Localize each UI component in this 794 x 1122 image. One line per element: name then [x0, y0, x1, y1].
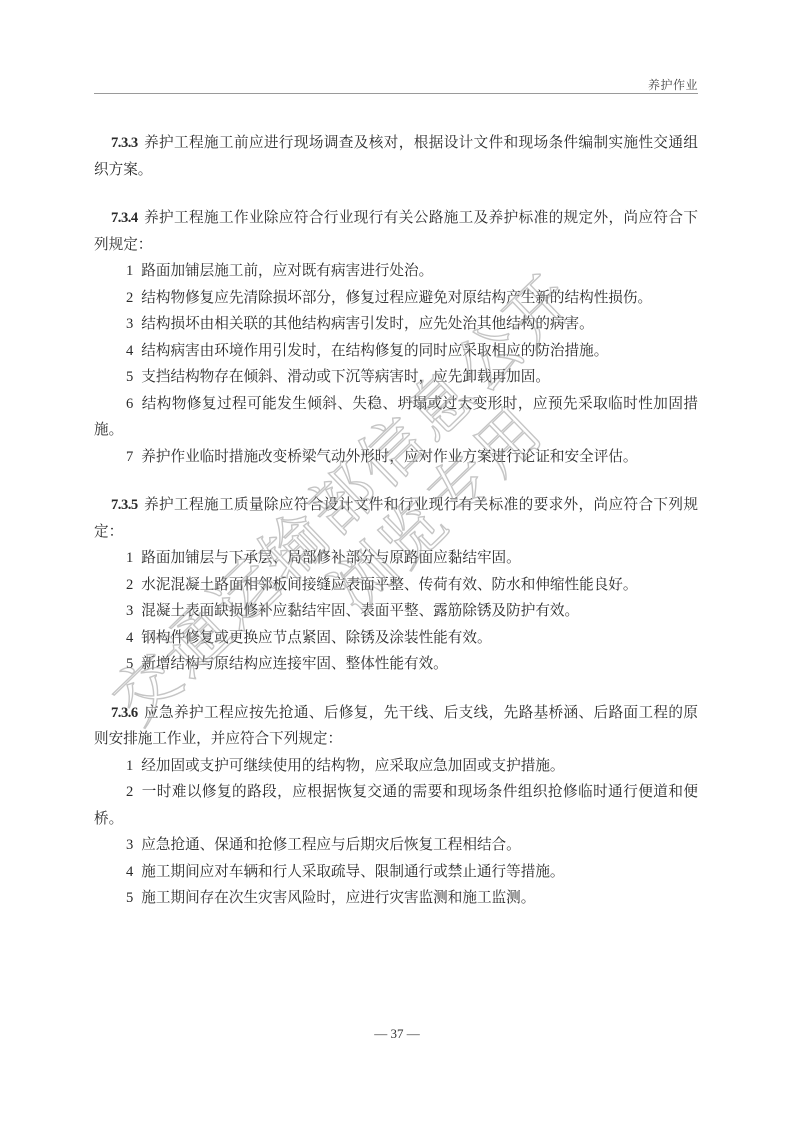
page-number: — 37 —: [0, 1026, 794, 1042]
item-text: 路面加铺层与下承层、局部修补部分与原路面应黏结牢固。: [141, 549, 520, 566]
list-item: 4施工期间应对车辆和行人采取疏导、限制通行或禁止通行等措施。: [94, 859, 698, 886]
clause-text: 养护工程施工作业除应符合行业现行有关公路施工及养护标准的规定外，尚应符合下列规定…: [94, 209, 698, 253]
item-text: 结构物修复应先清除损坏部分，修复过程应避免对原结构产生新的结构性损伤。: [141, 289, 652, 306]
item-text: 养护作业临时措施改变桥梁气动外形时，应对作业方案进行论证和安全评估。: [141, 448, 637, 465]
document-body: 7.3.3养护工程施工前应进行现场调查及核对，根据设计文件和现场条件编制实施性交…: [94, 130, 698, 934]
list-item: 5新增结构与原结构应连接牢固、整体性能有效。: [94, 651, 698, 678]
item-text: 经加固或支护可继续使用的结构物，应采取应急加固或支护措施。: [141, 757, 564, 774]
list-item: 3结构损坏由相关联的其他结构病害引发时，应先处治其他结构的病害。: [94, 311, 698, 338]
clause-7-3-4: 7.3.4养护工程施工作业除应符合行业现行有关公路施工及养护标准的规定外，尚应符…: [94, 205, 698, 470]
clause-7-3-6: 7.3.6应急养护工程应按先抢通、后修复，先干线、后支线，先路基桥涵、后路面工程…: [94, 700, 698, 912]
clause-lead: 7.3.5养护工程施工质量除应符合设计文件和行业现行有关标准的要求外，尚应符合下…: [94, 492, 698, 545]
clause-number: 7.3.3: [111, 135, 138, 151]
list-item: 4钢构件修复或更换应节点紧固、除锈及涂装性能有效。: [94, 625, 698, 652]
clause-number: 7.3.4: [111, 210, 138, 226]
item-number: 3: [126, 316, 133, 332]
list-item: 7养护作业临时措施改变桥梁气动外形时，应对作业方案进行论证和安全评估。: [94, 444, 698, 471]
list-item: 4结构病害由环境作用引发时，在结构修复的同时应采取相应的防治措施。: [94, 338, 698, 365]
list-item: 2结构物修复应先清除损坏部分，修复过程应避免对原结构产生新的结构性损伤。: [94, 285, 698, 312]
clause-text: 养护工程施工质量除应符合设计文件和行业现行有关标准的要求外，尚应符合下列规定：: [94, 496, 698, 540]
item-number: 6: [126, 396, 133, 412]
item-number: 1: [126, 758, 133, 774]
item-number: 1: [126, 550, 133, 566]
list-item: 3应急抢通、保通和抢修工程应与后期灾后恢复工程相结合。: [94, 832, 698, 859]
item-text: 应急抢通、保通和抢修工程应与后期灾后恢复工程相结合。: [141, 836, 520, 853]
item-number: 4: [126, 630, 133, 646]
item-number: 5: [126, 890, 133, 906]
item-number: 5: [126, 369, 133, 385]
item-text: 钢构件修复或更换应节点紧固、除锈及涂装性能有效。: [141, 629, 491, 646]
item-text: 结构病害由环境作用引发时，在结构修复的同时应采取相应的防治措施。: [141, 342, 608, 359]
item-text: 施工期间存在次生灾害风险时，应进行灾害监测和施工监测。: [141, 889, 535, 906]
clause-7-3-3: 7.3.3养护工程施工前应进行现场调查及核对，根据设计文件和现场条件编制实施性交…: [94, 130, 698, 183]
clause-7-3-5: 7.3.5养护工程施工质量除应符合设计文件和行业现行有关标准的要求外，尚应符合下…: [94, 492, 698, 678]
clause-number: 7.3.6: [111, 705, 138, 721]
list-item: 2一时难以修复的路段，应根据恢复交通的需要和现场条件组织抢修临时通行便道和便桥。: [94, 779, 698, 832]
list-item: 3混凝土表面缺损修补应黏结牢固、表面平整、露筋除锈及防护有效。: [94, 598, 698, 625]
item-number: 1: [126, 263, 133, 279]
item-number: 2: [126, 784, 133, 800]
item-number: 2: [126, 577, 133, 593]
list-item: 1经加固或支护可继续使用的结构物，应采取应急加固或支护措施。: [94, 753, 698, 780]
clause-lead: 7.3.3养护工程施工前应进行现场调查及核对，根据设计文件和现场条件编制实施性交…: [94, 130, 698, 183]
clause-lead: 7.3.4养护工程施工作业除应符合行业现行有关公路施工及养护标准的规定外，尚应符…: [94, 205, 698, 258]
item-text: 路面加铺层施工前，应对既有病害进行处治。: [141, 262, 433, 279]
item-text: 结构物修复过程可能发生倾斜、失稳、坍塌或过大变形时，应预先采取临时性加固措施。: [94, 395, 698, 439]
item-number: 7: [126, 449, 133, 465]
clause-lead: 7.3.6应急养护工程应按先抢通、后修复，先干线、后支线，先路基桥涵、后路面工程…: [94, 700, 698, 753]
list-item: 6结构物修复过程可能发生倾斜、失稳、坍塌或过大变形时，应预先采取临时性加固措施。: [94, 391, 698, 444]
item-text: 结构损坏由相关联的其他结构病害引发时，应先处治其他结构的病害。: [141, 315, 593, 332]
item-text: 混凝土表面缺损修补应黏结牢固、表面平整、露筋除锈及防护有效。: [141, 602, 579, 619]
running-header-title: 养护作业: [648, 76, 698, 93]
item-text: 新增结构与原结构应连接牢固、整体性能有效。: [141, 655, 447, 672]
list-item: 5支挡结构物存在倾斜、滑动或下沉等病害时，应先卸载再加固。: [94, 364, 698, 391]
list-item: 5施工期间存在次生灾害风险时，应进行灾害监测和施工监测。: [94, 885, 698, 912]
item-number: 4: [126, 343, 133, 359]
item-text: 一时难以修复的路段，应根据恢复交通的需要和现场条件组织抢修临时通行便道和便桥。: [94, 783, 698, 827]
item-text: 支挡结构物存在倾斜、滑动或下沉等病害时，应先卸载再加固。: [141, 368, 550, 385]
item-number: 3: [126, 837, 133, 853]
list-item: 1路面加铺层施工前，应对既有病害进行处治。: [94, 258, 698, 285]
item-number: 3: [126, 603, 133, 619]
item-number: 5: [126, 656, 133, 672]
page-header: 养护作业: [94, 76, 698, 94]
item-number: 4: [126, 864, 133, 880]
item-number: 2: [126, 290, 133, 306]
clause-text: 应急养护工程应按先抢通、后修复，先干线、后支线，先路基桥涵、后路面工程的原则安排…: [94, 704, 698, 748]
item-text: 水泥混凝土路面相邻板间接缝应表面平整、传荷有效、防水和伸缩性能良好。: [141, 576, 637, 593]
list-item: 1路面加铺层与下承层、局部修补部分与原路面应黏结牢固。: [94, 545, 698, 572]
clause-text: 养护工程施工前应进行现场调查及核对，根据设计文件和现场条件编制实施性交通组织方案…: [94, 134, 698, 178]
item-text: 施工期间应对车辆和行人采取疏导、限制通行或禁止通行等措施。: [141, 863, 564, 880]
clause-number: 7.3.5: [111, 497, 138, 513]
list-item: 2水泥混凝土路面相邻板间接缝应表面平整、传荷有效、防水和伸缩性能良好。: [94, 572, 698, 599]
